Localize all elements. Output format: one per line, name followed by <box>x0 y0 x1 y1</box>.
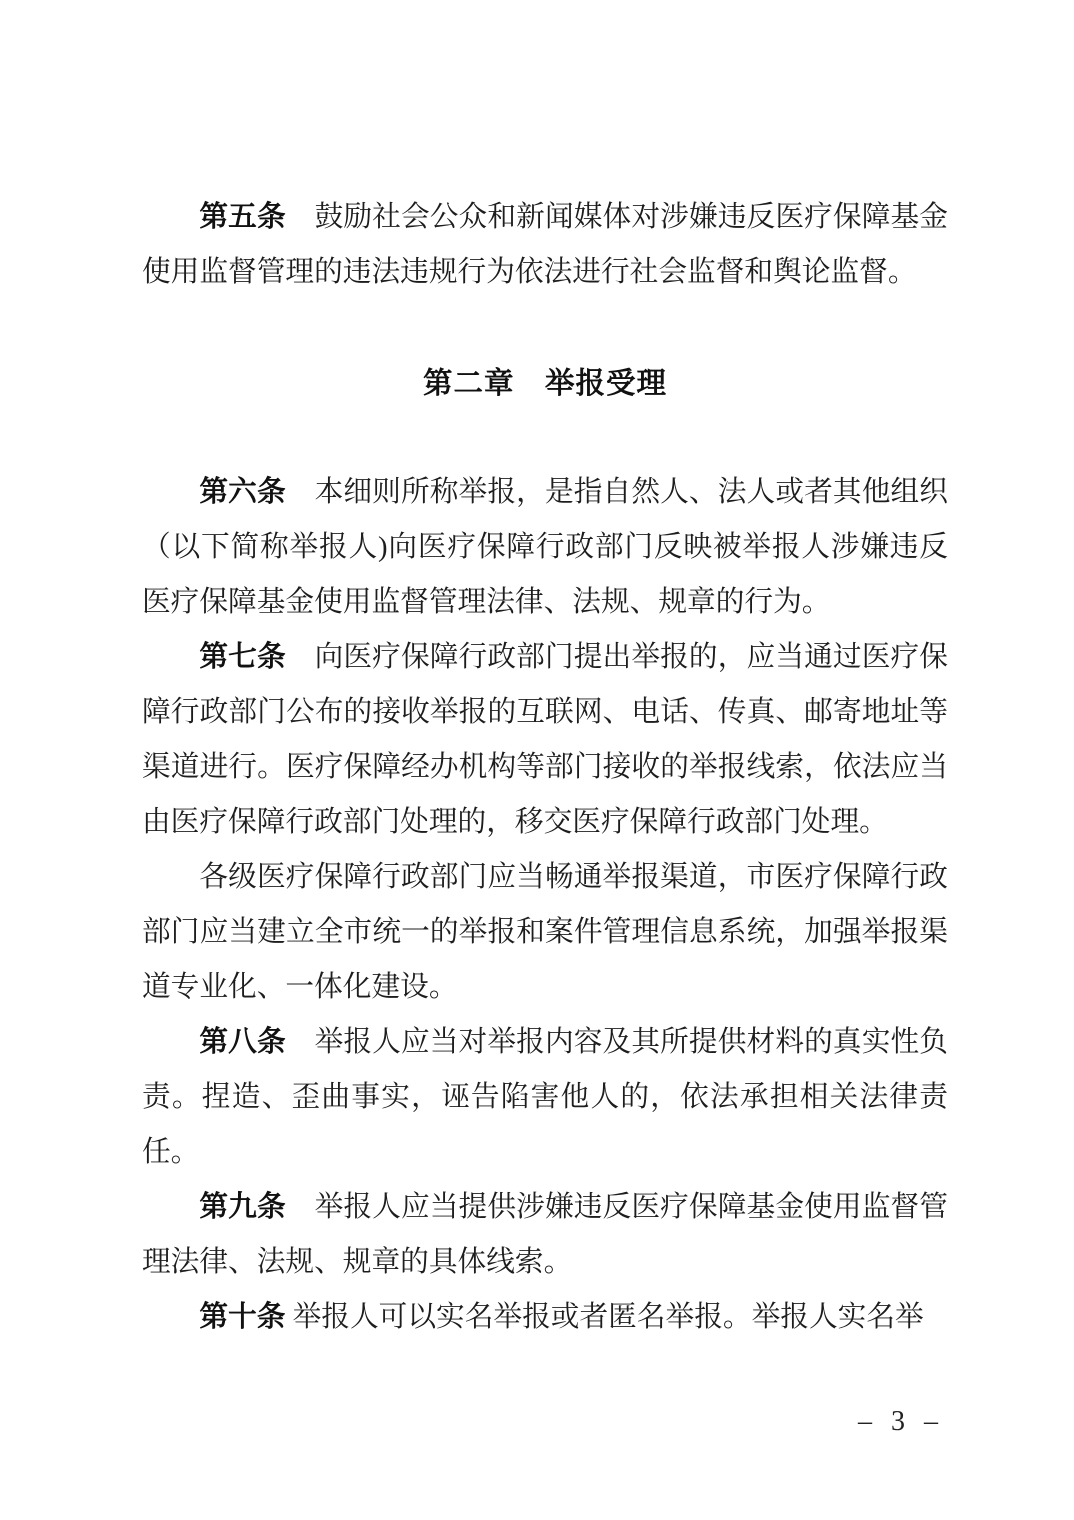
document-body: 第五条 鼓励社会公众和新闻媒体对涉嫌违反医疗保障基金使用监督管理的违法违规行为依… <box>142 190 948 1345</box>
paragraph: 第九条 举报人应当提供涉嫌违反医疗保障基金使用监督管理法律、法规、规章的具体线索… <box>142 1180 948 1290</box>
paragraph: 第五条 鼓励社会公众和新闻媒体对涉嫌违反医疗保障基金使用监督管理的违法违规行为依… <box>142 190 948 300</box>
paragraph: 第八条 举报人应当对举报内容及其所提供材料的真实性负责。捏造、歪曲事实，诬告陷害… <box>142 1015 948 1180</box>
article-label: 第五条 <box>199 201 285 233</box>
article-label: 第七条 <box>199 641 285 673</box>
article-label: 第九条 <box>199 1191 285 1223</box>
paragraph: 第六条 本细则所称举报，是指自然人、法人或者其他组织（以下简称举报人)向医疗保障… <box>142 465 948 630</box>
paragraph: 第十条 举报人可以实名举报或者匿名举报。举报人实名举 <box>142 1290 948 1345</box>
article-label: 第六条 <box>199 476 285 508</box>
article-label: 第十条 <box>199 1301 285 1333</box>
page-number: – 3 – <box>858 1406 944 1438</box>
document-page: 第五条 鼓励社会公众和新闻媒体对涉嫌违反医疗保障基金使用监督管理的违法违规行为依… <box>0 0 1074 1520</box>
paragraph: 第七条 向医疗保障行政部门提出举报的，应当通过医疗保障行政部门公布的接收举报的互… <box>142 630 948 850</box>
paragraph: 各级医疗保障行政部门应当畅通举报渠道，市医疗保障行政部门应当建立全市统一的举报和… <box>142 850 948 1015</box>
chapter-heading: 第二章 举报受理 <box>142 356 948 411</box>
article-label: 第八条 <box>199 1026 285 1058</box>
